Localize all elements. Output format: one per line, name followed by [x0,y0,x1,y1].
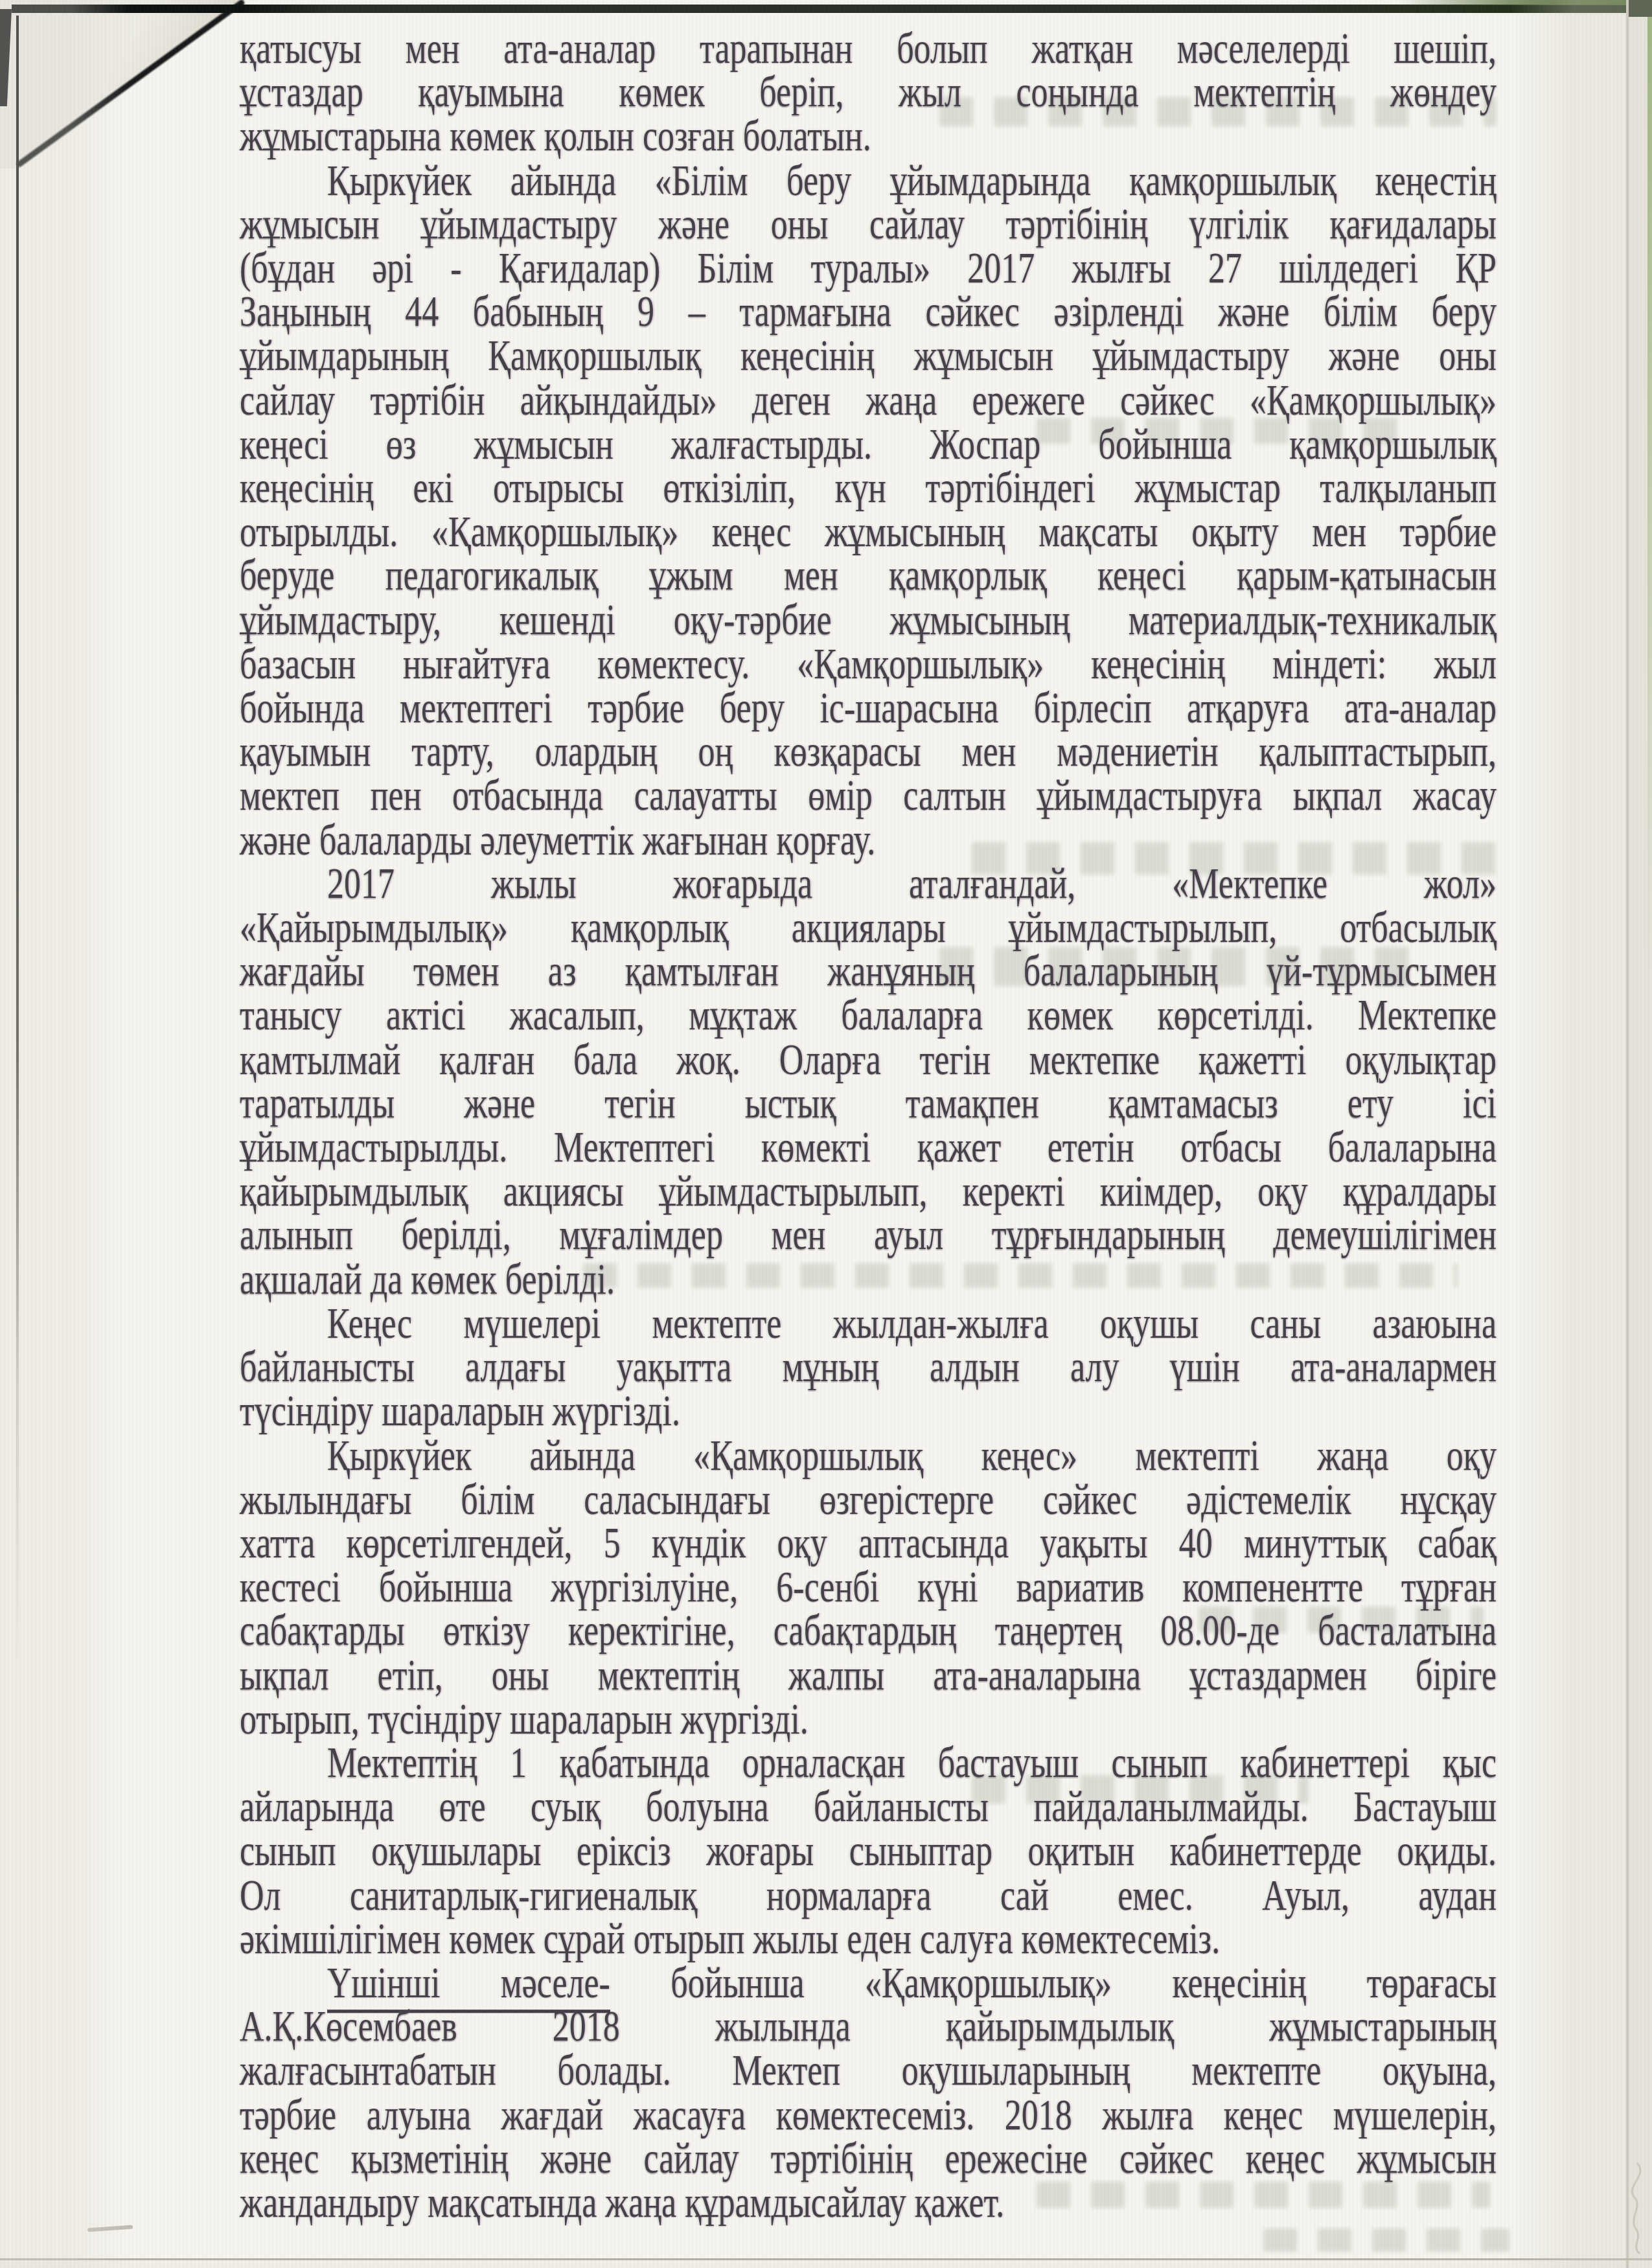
text-line: жылындағы білім саласындағы өзгерістерге… [240,1478,1497,1522]
text-line: беруде педагогикалық ұжым мен қамқорлық … [240,555,1497,599]
text-line: отырылды. «Қамқоршылық» кеңес жұмысының … [240,511,1497,555]
text-line: ұйымдастыру, кешенді оқу-тәрбие жұмысыны… [240,599,1497,643]
text-line: қатысуы мен ата-аналар тарапынан болып ж… [240,27,1497,71]
pencil-mark-right [1612,2157,1651,2254]
text-line: қайырымдылық акциясы ұйымдастырылып, кер… [240,1170,1497,1214]
text-line: және балаларды әлеуметтік жағынан қорғау… [240,819,1497,863]
text-line: Кеңес мүшелері мектепте жылдан-жылға оқу… [240,1302,1497,1346]
text-line: байланысты алдағы уақытта мұның алдын ал… [240,1346,1497,1390]
scanner-bed-right-margin [1629,0,1652,2268]
scanned-document-page: қатысуы мен ата-аналар тарапынан болып ж… [0,0,1652,2268]
scanner-bed-bottom-margin [0,2260,1652,2268]
text-line: айларында өте суық болуына байланысты па… [240,1786,1497,1830]
text-line: қамтылмай қалған бала жоқ. Оларға тегін … [240,1038,1497,1082]
text-line: Үшінші мәселе- бойынша «Қамқоршылық» кең… [240,1962,1497,2006]
page-corner-fold-edge [16,0,246,168]
text-line: әкімшілігімен көмек сұрай отырып жылы ед… [240,1918,1497,1962]
scanner-edge-shadow-top-left [0,9,12,106]
text-line: ұстаздар қауымына көмек беріп, жыл соңын… [240,71,1497,115]
text-line: жұмыстарына көмек қолын созған болатын. [240,115,1497,159]
text-line: жағдайы төмен аз қамтылған жанұяның бала… [240,950,1497,994]
page-right-edge-line [1626,0,1629,2268]
text-line: алынып берілді, мұғалімдер мен ауыл тұрғ… [240,1214,1497,1258]
text-line: кеңесі өз жұмысын жалғастырды. Жоспар бо… [240,423,1497,467]
text-line: ықпал етіп, оны мектептің жалпы ата-анал… [240,1654,1497,1698]
text-line: кеңесінің екі отырысы өткізіліп, күн тәр… [240,467,1497,511]
scanner-edge-left-line [16,16,19,1680]
text-line: кеңес қызметінің және сайлау тәртібінің … [240,2137,1497,2181]
text-line: кестесі бойынша жүргізілуіне, 6-сенбі кү… [240,1566,1497,1610]
text-line: бойында мектептегі тәрбие беру іс-шарасы… [240,687,1497,731]
text-line: түсіндіру шараларын жүргізді. [240,1390,1497,1434]
text-line: Заңының 44 бабының 9 – тармағына сәйкес … [240,291,1497,335]
text-line: сынып оқушылары еріксіз жоғары сыныптар … [240,1829,1497,1873]
text-line: Мектептің 1 қабатында орналасқан бастауы… [240,1742,1497,1786]
text-line: сабақтарды өткізу керектігіне, сабақтард… [240,1610,1497,1654]
text-line: танысу актісі жасалып, мұқтаж балаларға … [240,994,1497,1038]
text-line: қауымын тарту, олардың оң көзқарасы мен … [240,731,1497,775]
scanner-edge-top-right-green [1399,0,1652,5]
text-line: Қыркүйек айында «Білім беру ұйымдарында … [240,159,1497,203]
text-line: тәрбие алуына жағдай жасауға көмектесемі… [240,2094,1497,2138]
text-line: ұйымдастырылды. Мектептегі көмекті қажет… [240,1127,1497,1171]
document-text: қатысуы мен ата-аналар тарапынан болып ж… [240,27,1497,2225]
text-run: бойынша «Қамқоршылық» кеңесінің төрағасы [610,1959,1497,2007]
text-line: 2017 жылы жоғарыда аталғандай, «Мектепке… [240,862,1497,906]
text-line: Қыркүйек айында «Қамқоршылық кеңес» мект… [240,1434,1497,1478]
scanner-corner-top-right [1629,0,1652,17]
text-line: хатта көрсетілгендей, 5 күндік оқу аптас… [240,1522,1497,1566]
text-line: таратылды және тегін ыстық тамақпен қамт… [240,1082,1497,1127]
page-bottom-edge-line [0,2258,1652,2260]
text-line: ақшалай да көмек берілді. [240,1258,1497,1302]
page-corner-fold [0,0,246,170]
scanner-edge-top [12,5,1626,13]
pencil-mark-bottom-left [87,2225,133,2232]
text-line: базасын нығайтуға көмектесу. «Қамқоршылы… [240,643,1497,687]
text-line: жұмысын ұйымдастыру және оны сайлау тәрт… [240,203,1497,247]
text-line: жандандыру мақсатында жаңа құрамдысайлау… [240,2181,1497,2225]
text-line: отырып, түсіндіру шараларын жүргізді. [240,1698,1497,1742]
text-line: Ол санитарлық-гигиеналық нормаларға сай … [240,1873,1497,1918]
text-line: жалғасынтабатын болады. Мектеп оқушылары… [240,2050,1497,2094]
text-line: А.Қ.Көсембаев 2018 жылында қайырымдылық … [240,2006,1497,2050]
text-line: «Қайырымдылық» қамқорлық акциялары ұйымд… [240,906,1497,950]
text-line: мектеп пен отбасында салауатты өмір салт… [240,775,1497,819]
scanner-edge-right-green [1647,0,1652,972]
text-line: ұйымдарының Қамқоршылық кеңесінің жұмысы… [240,335,1497,379]
bleed-through-text-band [1263,2228,1509,2252]
text-line: сайлау тәртібін айқындайды» деген жаңа е… [240,379,1497,423]
text-line: (бұдан әрі - Қағидалар) Білім туралы» 20… [240,247,1497,291]
